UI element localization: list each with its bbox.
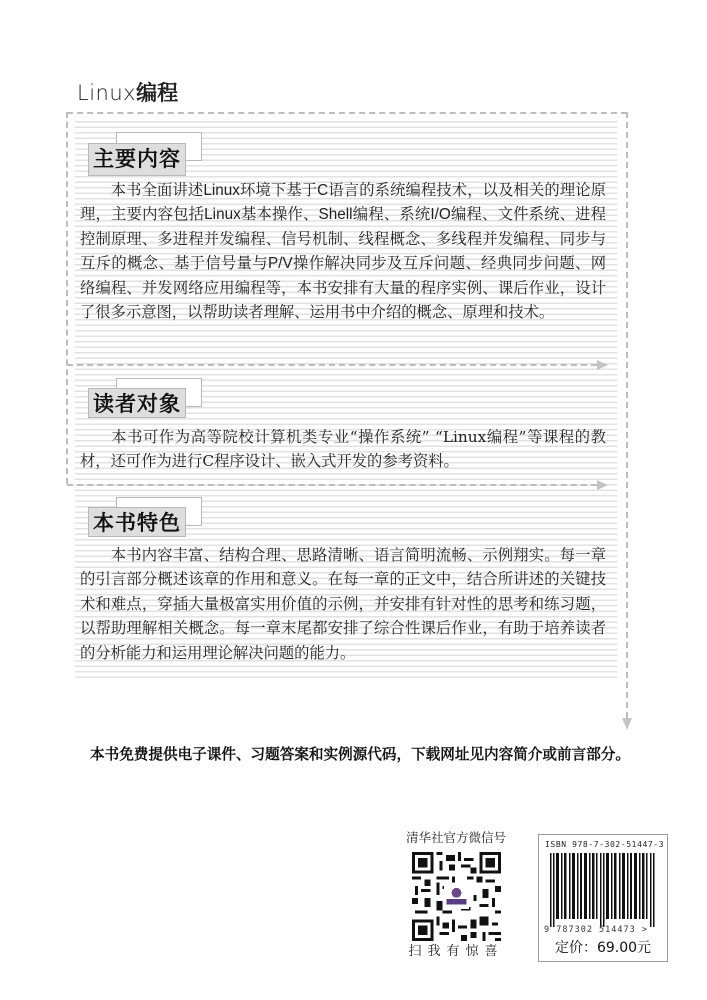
frame-right-dashed-line [626,112,628,718]
qr-label: 清华社官方微信号 [405,828,507,846]
frame-left-dashed-line [66,112,68,484]
arrow-down-icon [622,718,632,730]
price-label: 定价：69.00元 [538,937,668,957]
download-note: 本书免费提供电子课件、习题答案和实例源代码，下载网址见内容简介或前言部分。 [90,744,650,766]
barcode-digits: 9 787302 514473 > [544,925,666,935]
arrow-right-icon [597,360,608,370]
barcode-icon [550,853,656,927]
section-heading-audience: 读者对象 [88,388,186,418]
section-body-text: 本书内容丰富、结构合理、思路清晰、语言简明流畅、示例翔实。每一章的引言部分概述该… [80,546,606,662]
section-heading-main-content: 主要内容 [88,143,186,176]
book-title-latin: Linux [77,81,136,105]
section-body-features: 本书内容丰富、结构合理、思路清晰、语言简明流畅、示例翔实。每一章的引言部分概述该… [80,543,606,665]
qr-caption: 扫我有惊喜 [405,940,507,959]
section-body-text: 本书可作为高等院校计算机类专业“操作系统” “Linux编程”等课程的教材，还可… [80,428,606,470]
isbn-text: ISBN 978-7-302-51447-3 [545,840,665,849]
section-body-audience: 本书可作为高等院校计算机类专业“操作系统” “Linux编程”等课程的教材，还可… [80,425,606,474]
section-body-main-content: 本书全面讲述Linux环境下基于C语言的系统编程技术，以及相关的理论原理，主要内… [80,179,606,325]
book-title: Linux编程 [77,80,178,106]
frame-top-dashed-line [67,112,627,114]
arrow-right-icon [597,480,608,490]
section-heading-features: 本书特色 [88,507,186,537]
book-title-cjk: 编程 [136,81,178,105]
divider-dashed-line-1 [67,364,597,366]
qr-code-icon[interactable] [412,852,501,941]
divider-dashed-line-2 [67,484,597,486]
section-body-text: 本书全面讲述Linux环境下基于C语言的系统编程技术，以及相关的理论原理，主要内… [80,182,606,321]
